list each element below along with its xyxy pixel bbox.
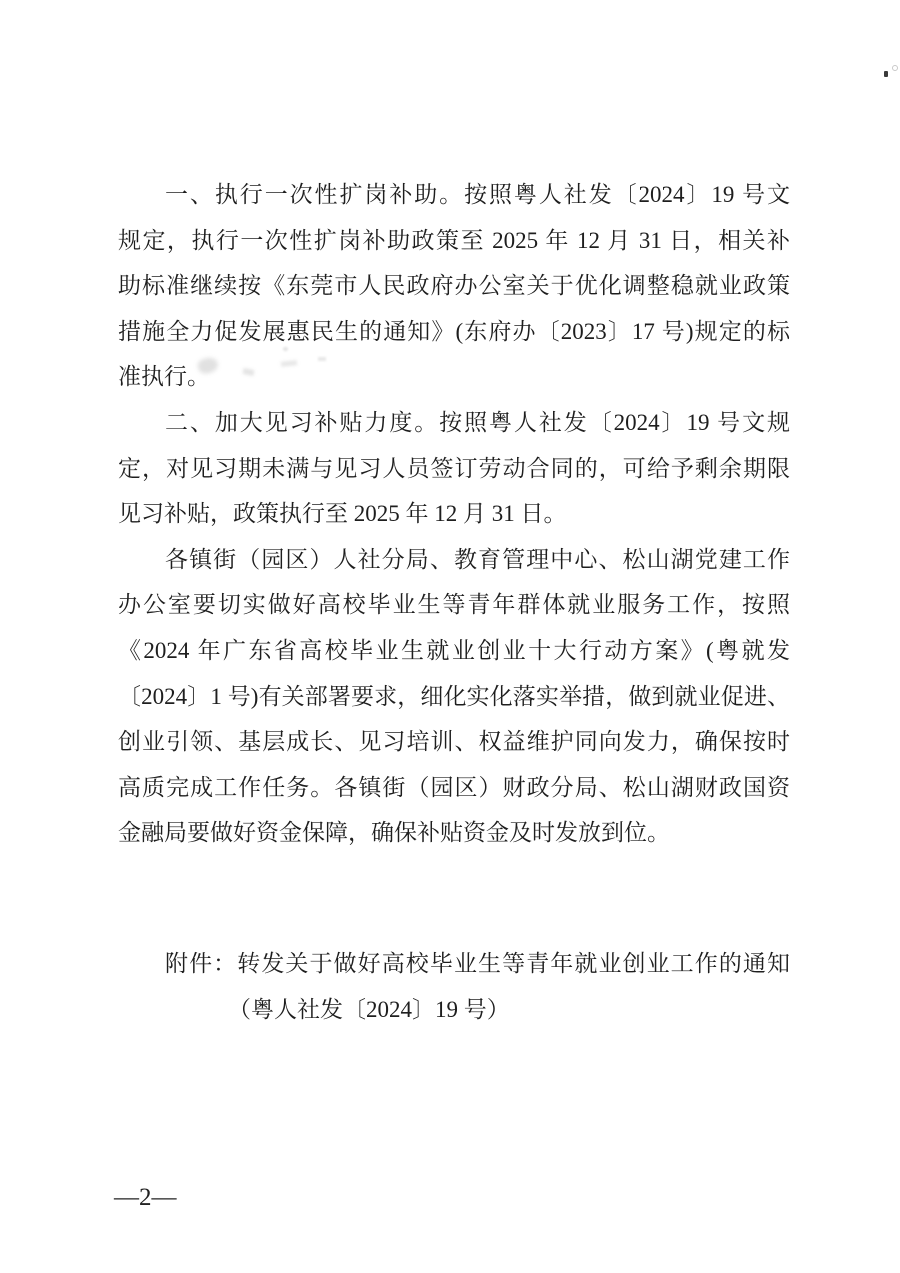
paragraph-expand-post-subsidy: 一、执行一次性扩岗补助。按照粤人社发〔2024〕19 号文规定，执行一次性扩岗补… — [118, 172, 790, 400]
attachment-title: 附件：转发关于做好高校毕业生等青年就业创业工作的通知 — [118, 941, 790, 987]
text-line: 〔2024〕1 号)有关部署要求，细化实化落实举措，做到就业促进、 — [118, 674, 790, 720]
text-line: 各镇街（园区）人社分局、教育管理中心、松山湖党建工作 — [118, 537, 790, 583]
paragraph-internship-subsidy: 二、加大见习补贴力度。按照粤人社发〔2024〕19 号文规定，对见习期未满与见习… — [118, 400, 790, 537]
paragraph-implementation-requirements: 各镇街（园区）人社分局、教育管理中心、松山湖党建工作办公室要切实做好高校毕业生等… — [118, 537, 790, 856]
page-number: —2— — [114, 1184, 177, 1212]
text-line: 规定，执行一次性扩岗补助政策至 2025 年 12 月 31 日，相关补 — [118, 218, 790, 264]
text-line: 二、加大见习补贴力度。按照粤人社发〔2024〕19 号文规 — [118, 400, 790, 446]
document-body: 一、执行一次性扩岗补助。按照粤人社发〔2024〕19 号文规定，执行一次性扩岗补… — [118, 172, 790, 1032]
document-page: 一、执行一次性扩岗补助。按照粤人社发〔2024〕19 号文规定，执行一次性扩岗补… — [0, 0, 900, 1273]
text-line: 办公室要切实做好高校毕业生等青年群体就业服务工作，按照 — [118, 582, 790, 628]
scan-speck-icon — [892, 65, 898, 71]
text-line: 一、执行一次性扩岗补助。按照粤人社发〔2024〕19 号文 — [118, 172, 790, 218]
attachment-doc-number: （粤人社发〔2024〕19 号） — [118, 987, 790, 1033]
text-line: 《2024 年广东省高校毕业生就业创业十大行动方案》(粤就发 — [118, 628, 790, 674]
text-line: 金融局要做好资金保障，确保补贴资金及时发放到位。 — [118, 810, 790, 856]
text-line: 创业引领、基层成长、见习培训、权益维护同向发力，确保按时 — [118, 719, 790, 765]
text-line: 措施全力促发展惠民生的通知》(东府办〔2023〕17 号)规定的标 — [118, 309, 790, 355]
scan-speck-icon — [884, 71, 888, 77]
text-line: 准执行。 — [118, 354, 790, 400]
attachment-section: 附件：转发关于做好高校毕业生等青年就业创业工作的通知 （粤人社发〔2024〕19… — [118, 941, 790, 1032]
text-line: 见习补贴，政策执行至 2025 年 12 月 31 日。 — [118, 491, 790, 537]
text-line: 定，对见习期未满与见习人员签订劳动合同的，可给予剩余期限 — [118, 446, 790, 492]
text-line: 高质完成工作任务。各镇街（园区）财政分局、松山湖财政国资 — [118, 765, 790, 811]
text-line: 助标准继续按《东莞市人民政府办公室关于优化调整稳就业政策 — [118, 263, 790, 309]
